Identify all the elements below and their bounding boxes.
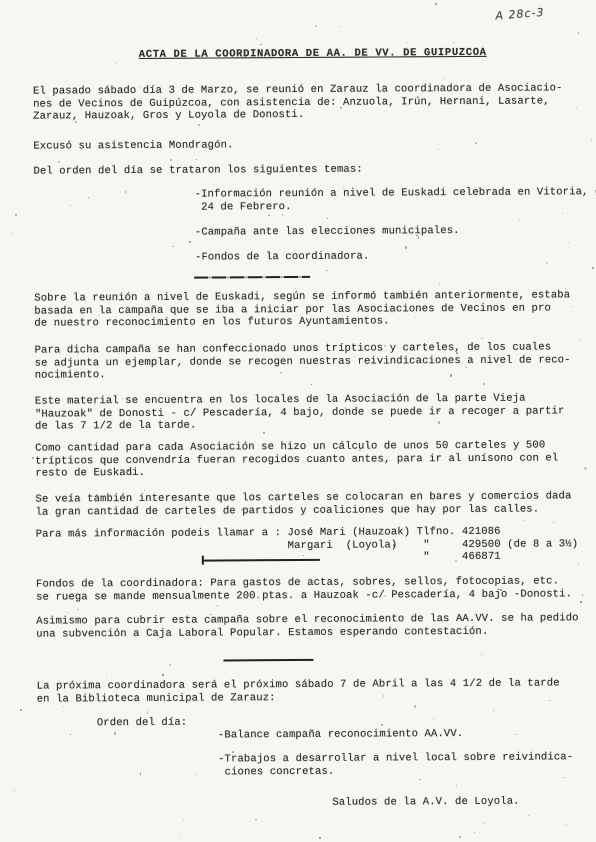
paragraph-subvencion: Asimismo para cubrir esta campaña sobre … bbox=[36, 612, 579, 640]
paragraph-orden-intro: Del orden del día se trataron los siguie… bbox=[33, 164, 362, 179]
section-divider bbox=[194, 276, 310, 279]
orden-item: -Balance campaña reconocimiento AA.VV. bbox=[218, 728, 463, 742]
paragraph-fondos: Fondos de la coordinadora: Para gastos d… bbox=[36, 575, 572, 603]
section-divider bbox=[223, 659, 313, 662]
divider-tick bbox=[202, 556, 204, 565]
signature: Saludos de la A.V. de Loyola. bbox=[332, 796, 519, 810]
paragraph-intro: El pasado sábado día 3 de Marzo, se reun… bbox=[33, 82, 563, 123]
paragraph-bares-comercios: Se veía también interesante que los cart… bbox=[35, 490, 571, 518]
handwritten-archive-mark: A 28c-3 bbox=[495, 7, 545, 23]
paragraph-campana-material: Para dicha campaña se han confeccionado … bbox=[35, 341, 571, 382]
scanned-document-page: A 28c-3 ACTA DE LA COORDINADORA DE AA. D… bbox=[0, 0, 596, 842]
orden-item: -Trabajos a desarrollar a nivel local so… bbox=[218, 751, 573, 778]
agenda-item: -Fondos de la coordinadora. bbox=[195, 251, 369, 265]
document-content: A 28c-3 ACTA DE LA COORDINADORA DE AA. D… bbox=[0, 0, 596, 842]
agenda-item: -Información reunión a nivel de Euskadi … bbox=[195, 186, 596, 214]
paragraph-excusa: Excusó su asistencia Mondragón. bbox=[33, 139, 233, 153]
paragraph-cantidad-carteles: Como cantidad para cada Asociación se hi… bbox=[35, 439, 558, 480]
paragraph-material-locales: Este material se encuentra en los locale… bbox=[35, 392, 565, 433]
paragraph-proxima-coordinadora: La próxima coordinadora será el próximo … bbox=[37, 677, 560, 705]
page-title: ACTA DE LA COORDINADORA DE AA. DE VV. DE… bbox=[139, 47, 487, 62]
orden-del-dia-label: Orden del día: bbox=[97, 717, 187, 730]
agenda-item: -Campaña ante las elecciones municipales… bbox=[195, 225, 460, 239]
paragraph-reunion-euskadi: Sobre la reunión a nivel de Euskadi, seg… bbox=[34, 289, 570, 330]
